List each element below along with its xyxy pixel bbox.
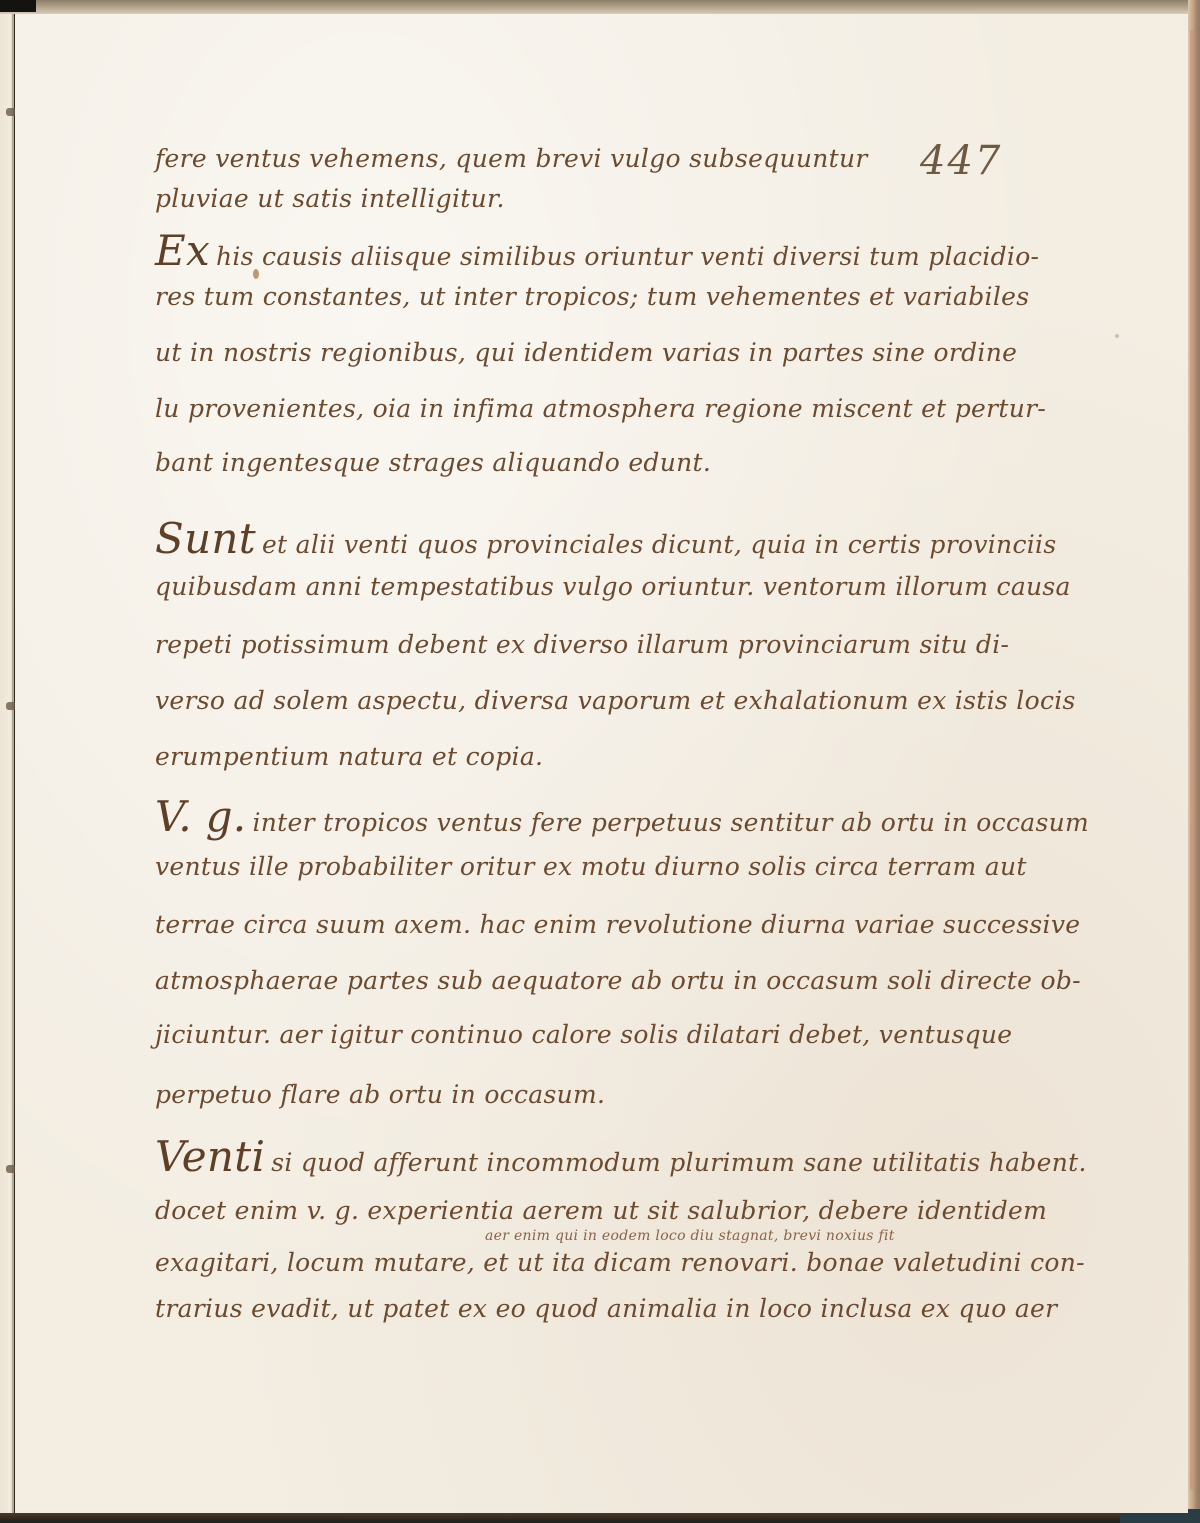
text-line: bant ingentesque strages aliquando edunt…: [155, 450, 711, 475]
book-right-edge: [1188, 0, 1200, 1523]
text-line: repeti potissimum debent ex diverso illa…: [155, 632, 1009, 657]
book-bottom-edge: [0, 1513, 1200, 1523]
drop-initial: Ex: [155, 226, 210, 275]
text-line: atmosphaerae partes sub aequatore ab ort…: [155, 968, 1081, 993]
paragraph-start: Suntet alii venti quos provinciales dicu…: [155, 518, 1056, 560]
text-line: quibusdam anni tempestatibus vulgo oriun…: [155, 574, 1071, 599]
book-top-edge: [0, 0, 1200, 14]
drop-initial: Venti: [155, 1132, 265, 1181]
dark-corner: [0, 0, 36, 12]
text-line: ventus ille probabiliter oritur ex motu …: [155, 854, 1027, 879]
manuscript-scan: 447 fere ventus vehemens, quem brevi vul…: [0, 0, 1200, 1523]
red-edge-stain: [1190, 30, 1194, 1490]
text-line: verso ad solem aspectu, diversa vaporum …: [155, 688, 1076, 713]
manuscript-page: 447 fere ventus vehemens, quem brevi vul…: [15, 14, 1188, 1513]
text-line: ut in nostris regionibus, qui identidem …: [155, 340, 1017, 365]
drop-initial: V. g.: [155, 792, 246, 841]
text-line: erumpentium natura et copia.: [155, 744, 543, 769]
text-line: fere ventus vehemens, quem brevi vulgo s…: [155, 146, 868, 171]
text-line: docet enim v. g. experientia aerem ut si…: [155, 1198, 1047, 1223]
text-line: lu provenientes, oia in infima atmospher…: [155, 396, 1046, 421]
text-line: terrae circa suum axem. hac enim revolut…: [155, 912, 1080, 937]
page-number: 447: [920, 138, 1002, 184]
paragraph-start: Exhis causis aliisque similibus oriuntur…: [155, 230, 1039, 272]
text-line: res tum constantes, ut inter tropicos; t…: [155, 284, 1029, 309]
paragraph-start: V. g.inter tropicos ventus fere perpetuu…: [155, 796, 1089, 838]
text-line: perpetuo flare ab ortu in occasum.: [155, 1082, 605, 1107]
paragraph-start: Ventisi quod afferunt incommodum plurimu…: [155, 1136, 1087, 1178]
interlinear-annotation: aer enim qui in eodem loco diu stagnat, …: [485, 1228, 895, 1244]
text-line: exagitari, locum mutare, et ut ita dicam…: [155, 1250, 1085, 1275]
foxing-spot: [1115, 334, 1119, 338]
text-line: jiciuntur. aer igitur continuo calore so…: [155, 1022, 1012, 1047]
drop-initial: Sunt: [155, 514, 256, 563]
text-line: trarius evadit, ut patet ex eo quod anim…: [155, 1296, 1057, 1321]
binding-fold-line: [12, 14, 14, 1513]
text-line: pluviae ut satis intelligitur.: [155, 186, 505, 211]
